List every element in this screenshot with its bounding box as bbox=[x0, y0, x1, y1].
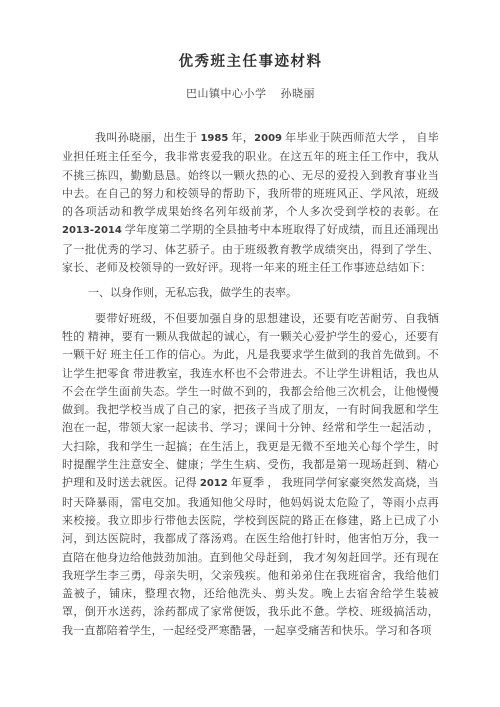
subtitle-author: 孙晓丽 bbox=[281, 88, 316, 100]
paragraph-intro: 我叫孙晓丽，出生于 1985 年，2009 年毕业于陕西师范大学 ， 自毕业担任… bbox=[62, 129, 439, 277]
year-2009: 2009 bbox=[254, 133, 282, 144]
subtitle-school: 巴山镇中心小学 bbox=[186, 88, 267, 100]
section-heading: 一、以身作则，无私忘我，做学生的表率。 bbox=[62, 284, 439, 302]
school-year-2013-2014: 2013-2014 bbox=[62, 225, 122, 236]
year-1985: 1985 bbox=[200, 133, 228, 144]
paragraph-body-text: 要带好班级，不但要加强自身的思想建设，还要有吃苦耐劳、自我牺牲的 精神，要有一颗… bbox=[62, 313, 439, 490]
paragraph-intro-text: 年， bbox=[228, 132, 254, 144]
document-page: 优秀班主任事迹材料 巴山镇中心小学孙晓丽 我叫孙晓丽，出生于 1985 年，20… bbox=[0, 0, 500, 707]
year-2012: 2012 bbox=[200, 478, 228, 489]
document-title: 优秀班主任事迹材料 bbox=[62, 50, 439, 71]
paragraph-body: 要带好班级，不但要加强自身的思想建设，还要有吃苦耐劳、自我牺牲的 精神，要有一颗… bbox=[62, 310, 439, 640]
document-subtitle: 巴山镇中心小学孙晓丽 bbox=[62, 85, 439, 101]
paragraph-body-text: 年夏季 ， 我班同学何家豪突然发高烧，当时天降暴雨，雷电交加。我通知他父母时，他… bbox=[62, 477, 439, 636]
paragraph-intro-text: 我叫孙晓丽，出生于 bbox=[95, 132, 200, 144]
paragraph-intro-text: 年毕业于陕西师范大学 ， 自毕业担任班主任至今，我非常衷爱我的职业。在这五年的班… bbox=[62, 132, 439, 218]
